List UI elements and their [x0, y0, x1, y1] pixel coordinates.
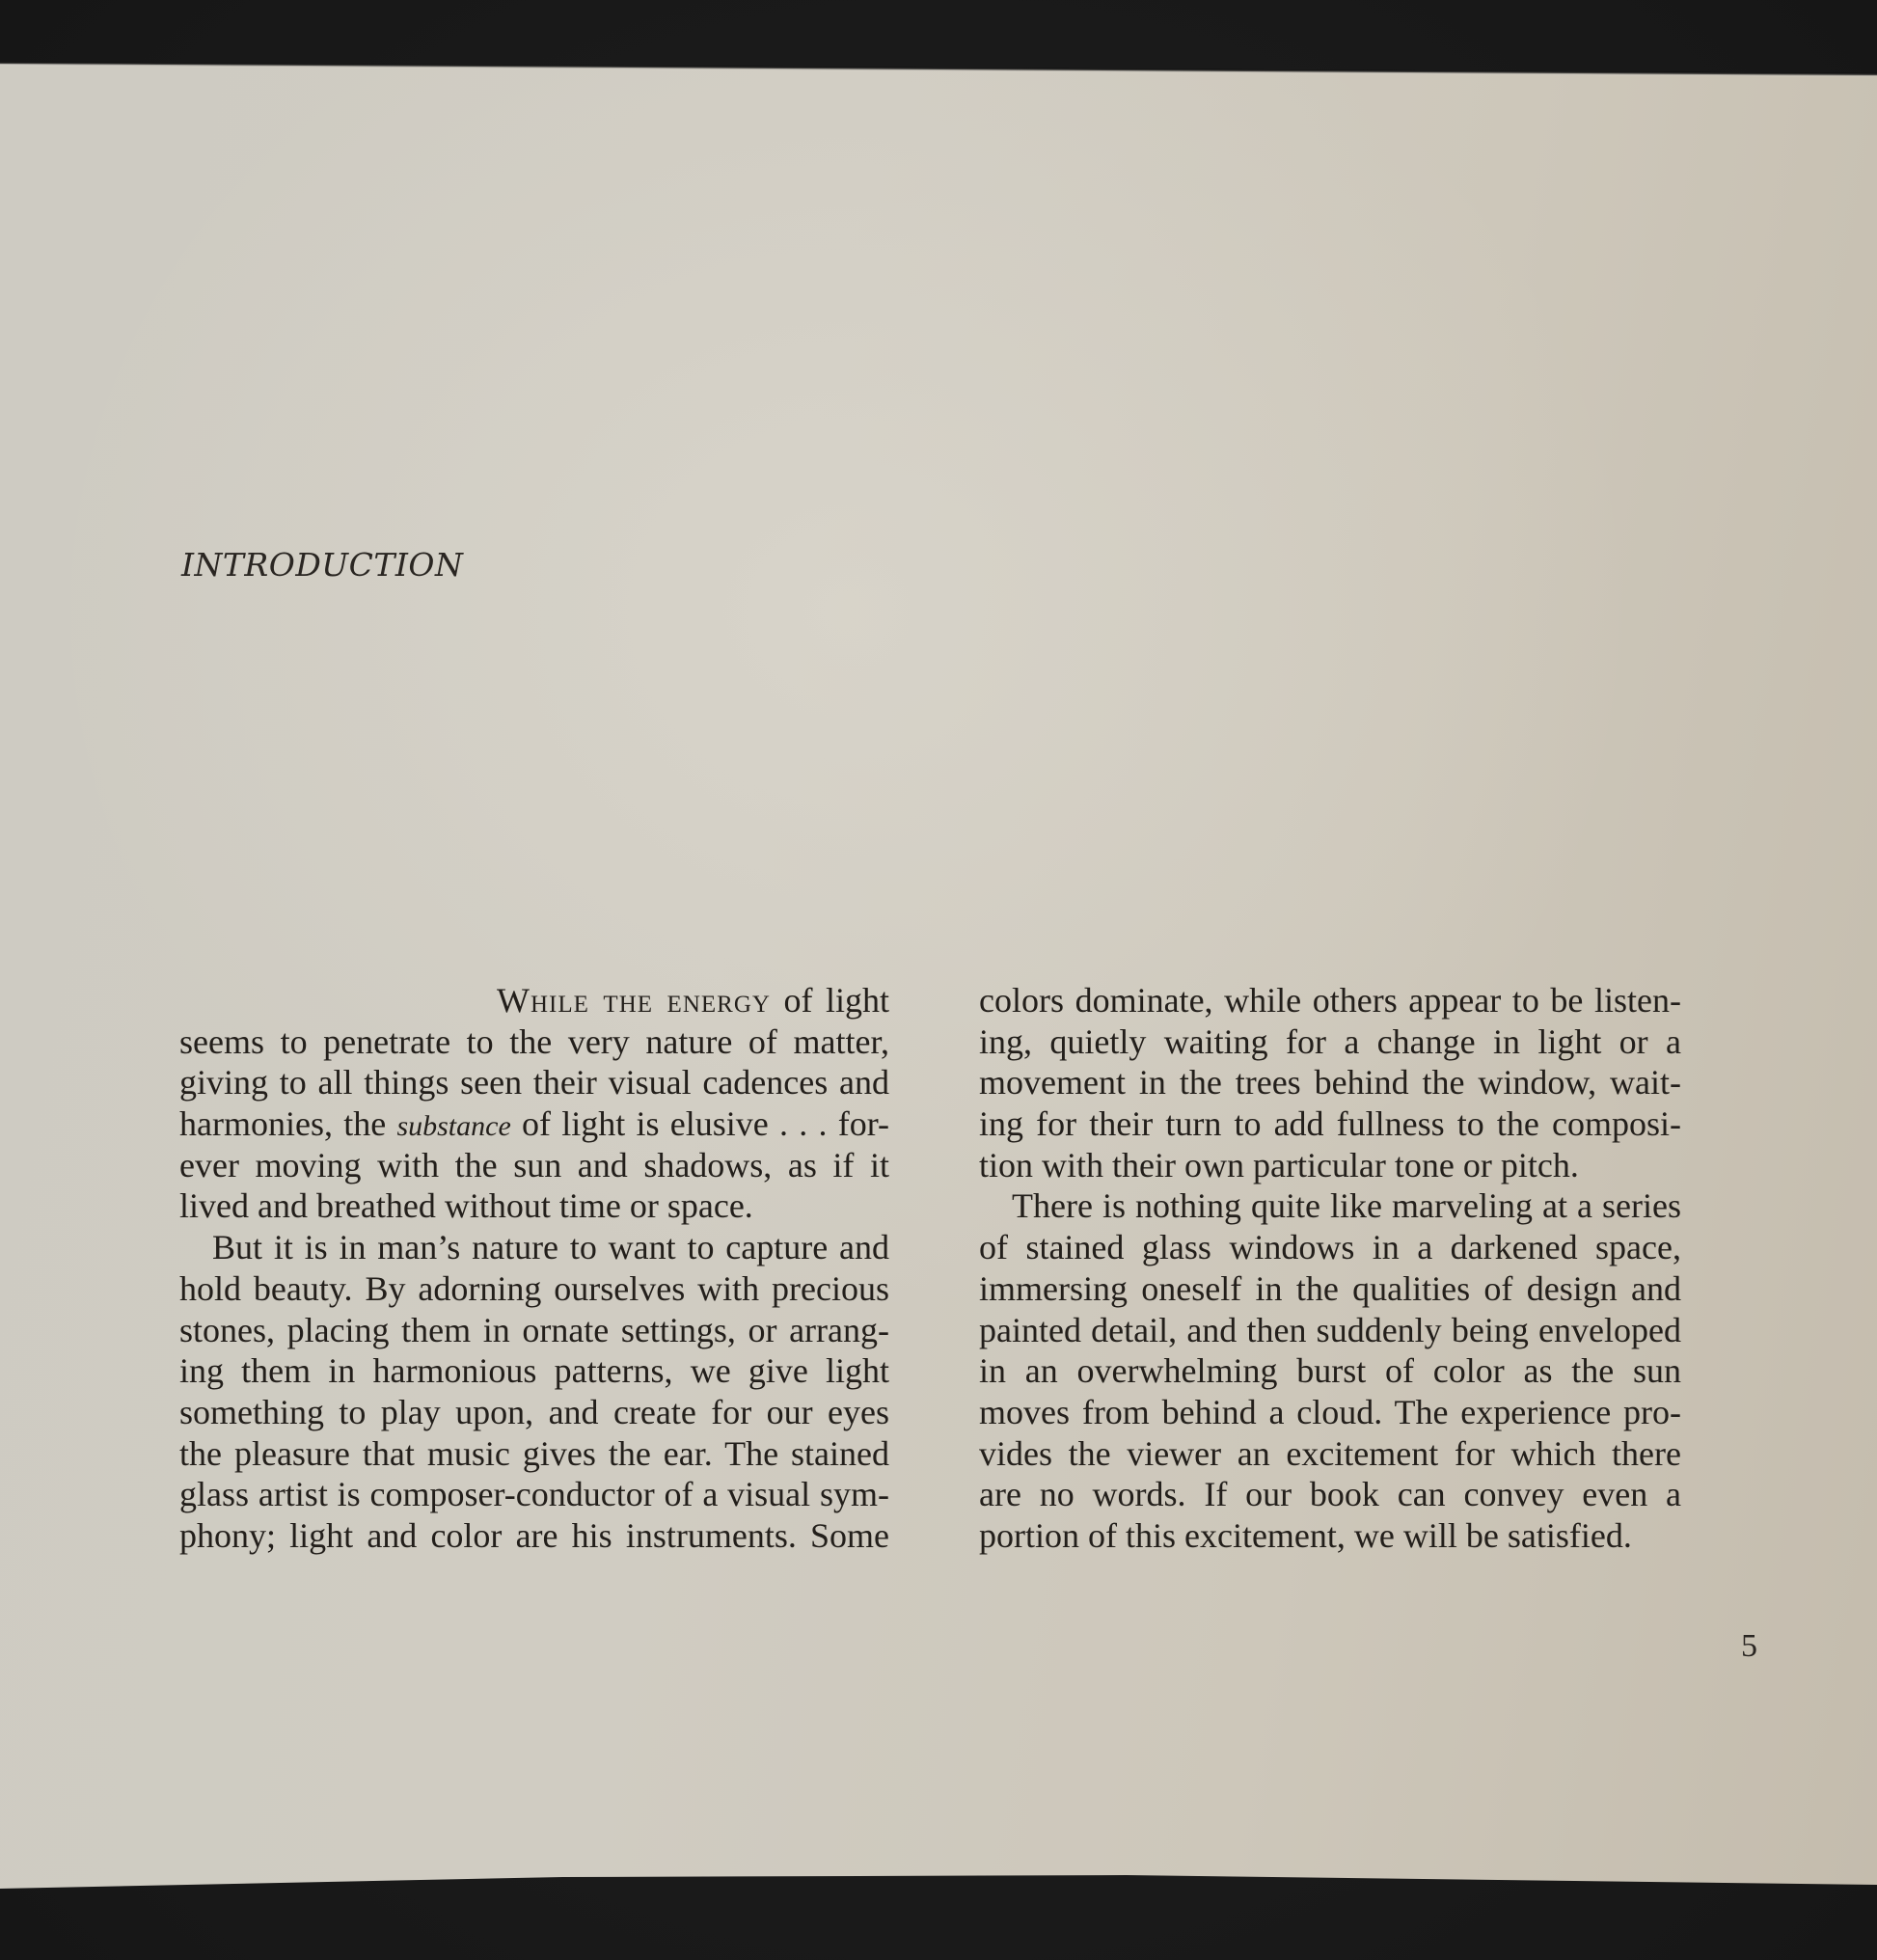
text-column-left: While the energy of light seems to penet…: [179, 980, 889, 1557]
text-line: While the energy of light: [179, 980, 889, 1021]
text-line: lived and breathed without time or space…: [179, 1185, 889, 1227]
page-title: INTRODUCTION: [181, 546, 463, 584]
text-line: ing for their turn to add fullness to th…: [979, 1103, 1681, 1145]
text-line: immersing oneself in the qualities of de…: [979, 1268, 1681, 1310]
text-line: harmonies, the substance of light is elu…: [179, 1103, 889, 1145]
paragraph-1: While the energy of light seems to penet…: [179, 980, 889, 1227]
lead-in-smallcaps: While the energy: [497, 981, 771, 1020]
text-line: glass artist is composer-conductor of a …: [179, 1474, 889, 1515]
text-line: ever moving with the sun and shadows, as…: [179, 1145, 889, 1186]
text-line: are no words. If our book can convey eve…: [979, 1474, 1681, 1515]
text-line: But it is in man’s nature to want to cap…: [179, 1227, 889, 1268]
paragraph-3: colors dominate, while others appear to …: [979, 980, 1681, 1185]
text-line: ing them in harmonious patterns, we give…: [179, 1350, 889, 1392]
text-line: vides the viewer an excitement for which…: [979, 1433, 1681, 1475]
book-page: [0, 64, 1877, 1889]
text-fragment: harmonies, the: [179, 1104, 396, 1143]
text-column-right: colors dominate, while others appear to …: [979, 980, 1681, 1557]
text-line: giving to all things seen their visual c…: [179, 1062, 889, 1103]
text-fragment: of light is elusive . . . for-: [511, 1104, 889, 1143]
text-fragment: of light: [771, 981, 889, 1020]
text-line: There is nothing quite like marveling at…: [979, 1185, 1681, 1227]
text-line: in an overwhelming burst of color as the…: [979, 1350, 1681, 1392]
text-line: portion of this excitement, we will be s…: [979, 1515, 1681, 1557]
text-line: the pleasure that music gives the ear. T…: [179, 1433, 889, 1475]
paragraph-4: There is nothing quite like marveling at…: [979, 1185, 1681, 1556]
photo-background: INTRODUCTION While the energy of light s…: [0, 0, 1877, 1960]
text-line: movement in the trees behind the window,…: [979, 1062, 1681, 1103]
text-line: tion with their own particular tone or p…: [979, 1145, 1681, 1186]
text-line: seems to penetrate to the very nature of…: [179, 1021, 889, 1063]
text-line: painted detail, and then suddenly being …: [979, 1310, 1681, 1351]
text-line: moves from behind a cloud. The experienc…: [979, 1392, 1681, 1433]
text-line: colors dominate, while others appear to …: [979, 980, 1681, 1021]
paragraph-2: But it is in man’s nature to want to cap…: [179, 1227, 889, 1557]
text-line: of stained glass windows in a darkened s…: [979, 1227, 1681, 1268]
text-line: hold beauty. By adorning ourselves with …: [179, 1268, 889, 1310]
page-number: 5: [1741, 1628, 1757, 1665]
text-line: ing, quietly waiting for a change in lig…: [979, 1021, 1681, 1063]
text-line: phony; light and color are his instrumen…: [179, 1515, 889, 1557]
italic-emphasis: substance: [396, 1110, 510, 1142]
text-line: something to play upon, and create for o…: [179, 1392, 889, 1433]
text-line: stones, placing them in ornate settings,…: [179, 1310, 889, 1351]
